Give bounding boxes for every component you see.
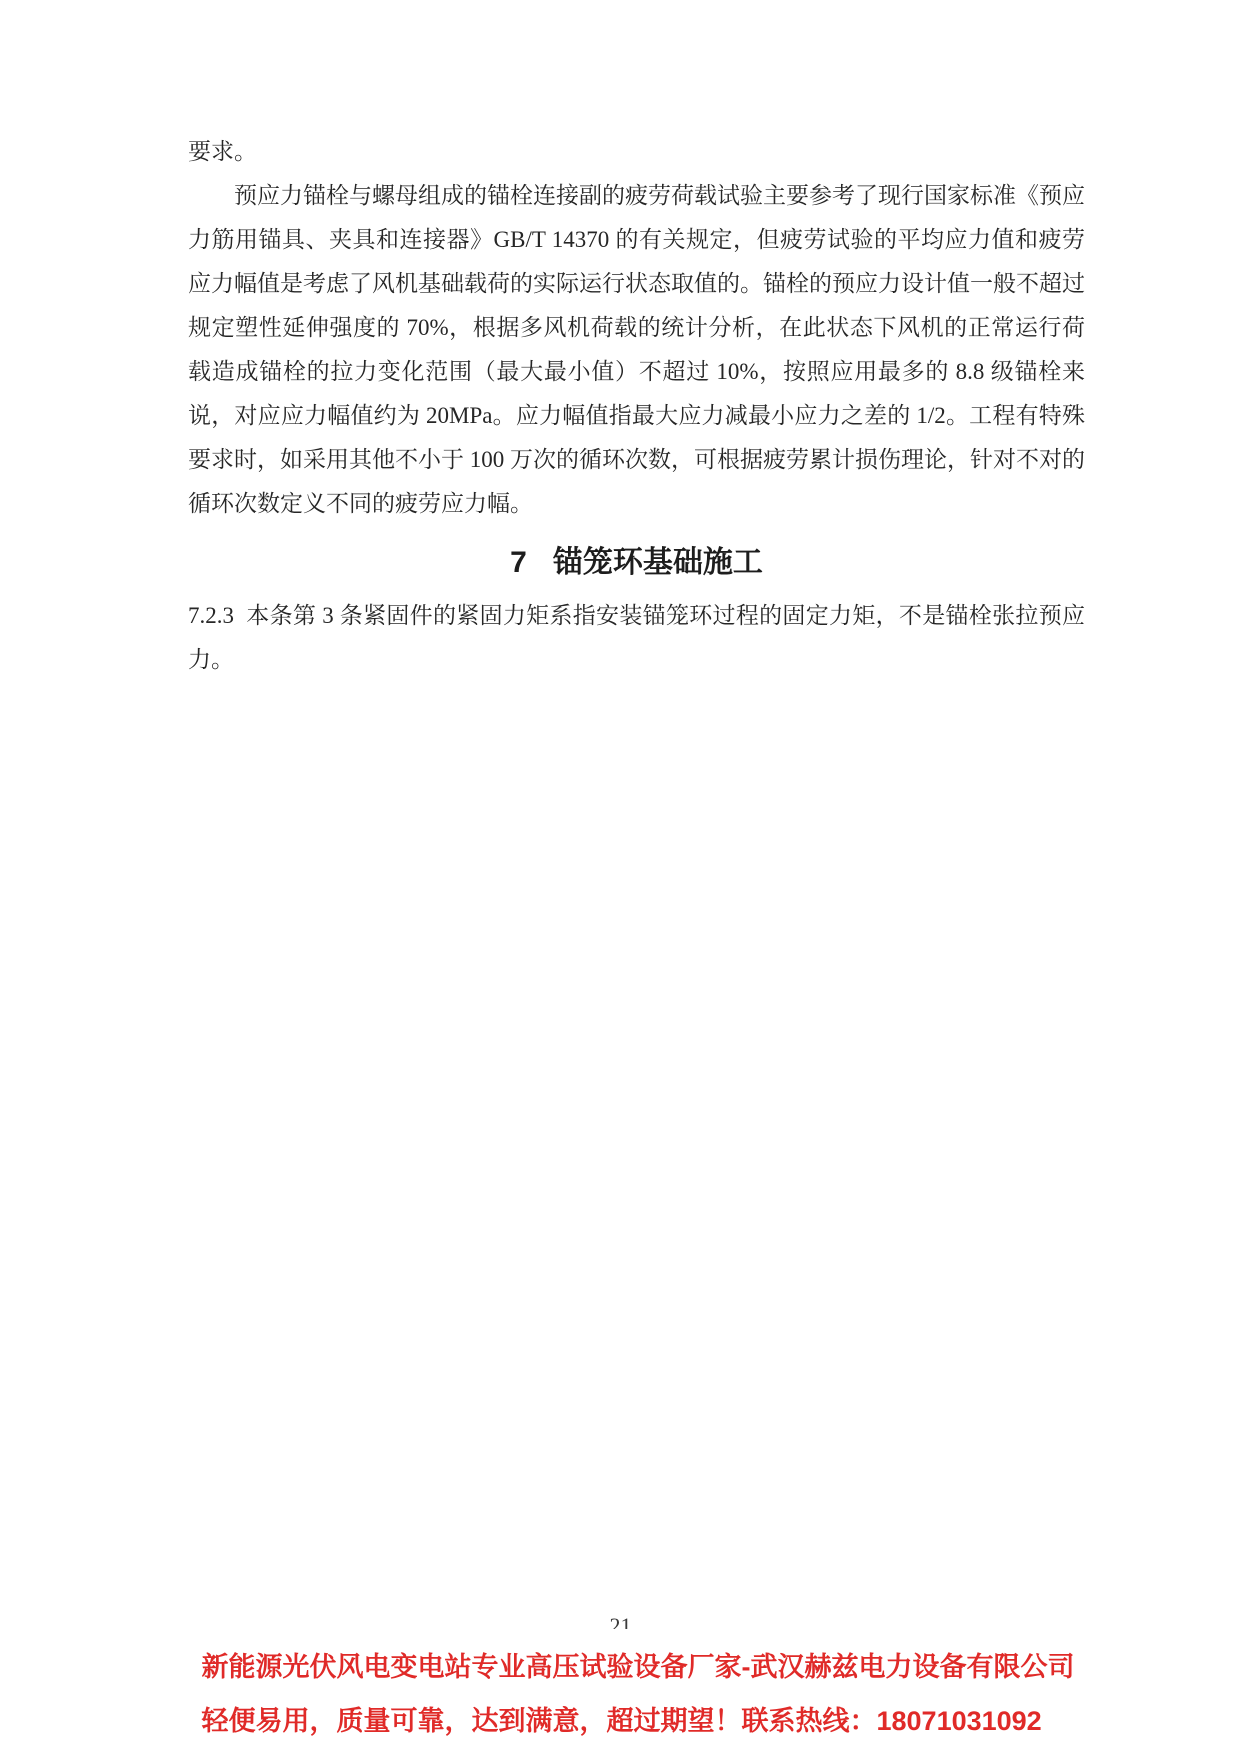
footer-slogan-line: 轻便易用，质量可靠，达到满意，超过期望！ 联系热线：18071031092 [202,1700,1040,1742]
clause-paragraph: 7.2.3本条第 3 条紧固件的紧固力矩系指安装锚笼环过程的固定力矩，不是锚栓张… [188,594,1085,682]
section-number: 7 [510,546,527,579]
clause-number: 7.2.3 [188,603,234,628]
paragraph-main: 预应力锚栓与螺母组成的锚栓连接副的疲劳荷载试验主要参考了现行国家标准《预应力筋用… [188,174,1085,526]
body-text-block: 要求。 预应力锚栓与螺母组成的锚栓连接副的疲劳荷载试验主要参考了现行国家标准《预… [188,130,1085,682]
section-title: 锚笼环基础施工 [553,546,763,579]
footer-slogan: 轻便易用，质量可靠，达到满意，超过期望！ [202,1700,742,1742]
paragraph-continuation: 要求。 [188,130,1085,174]
page-number: 21 [0,1613,1241,1629]
footer-hotline: 联系热线：18071031092 [742,1700,1042,1742]
document-page: 要求。 预应力锚栓与螺母组成的锚栓连接副的疲劳荷载试验主要参考了现行国家标准《预… [0,0,1241,1754]
footer: 新能源光伏风电变电站专业高压试验设备厂家-武汉赫兹电力设备有限公司 轻便易用，质… [202,1646,1040,1742]
clause-text: 本条第 3 条紧固件的紧固力矩系指安装锚笼环过程的固定力矩，不是锚栓张拉预应力。 [188,603,1085,672]
footer-company-line: 新能源光伏风电变电站专业高压试验设备厂家-武汉赫兹电力设备有限公司 [202,1646,1040,1688]
section-heading: 7锚笼环基础施工 [188,540,1085,586]
